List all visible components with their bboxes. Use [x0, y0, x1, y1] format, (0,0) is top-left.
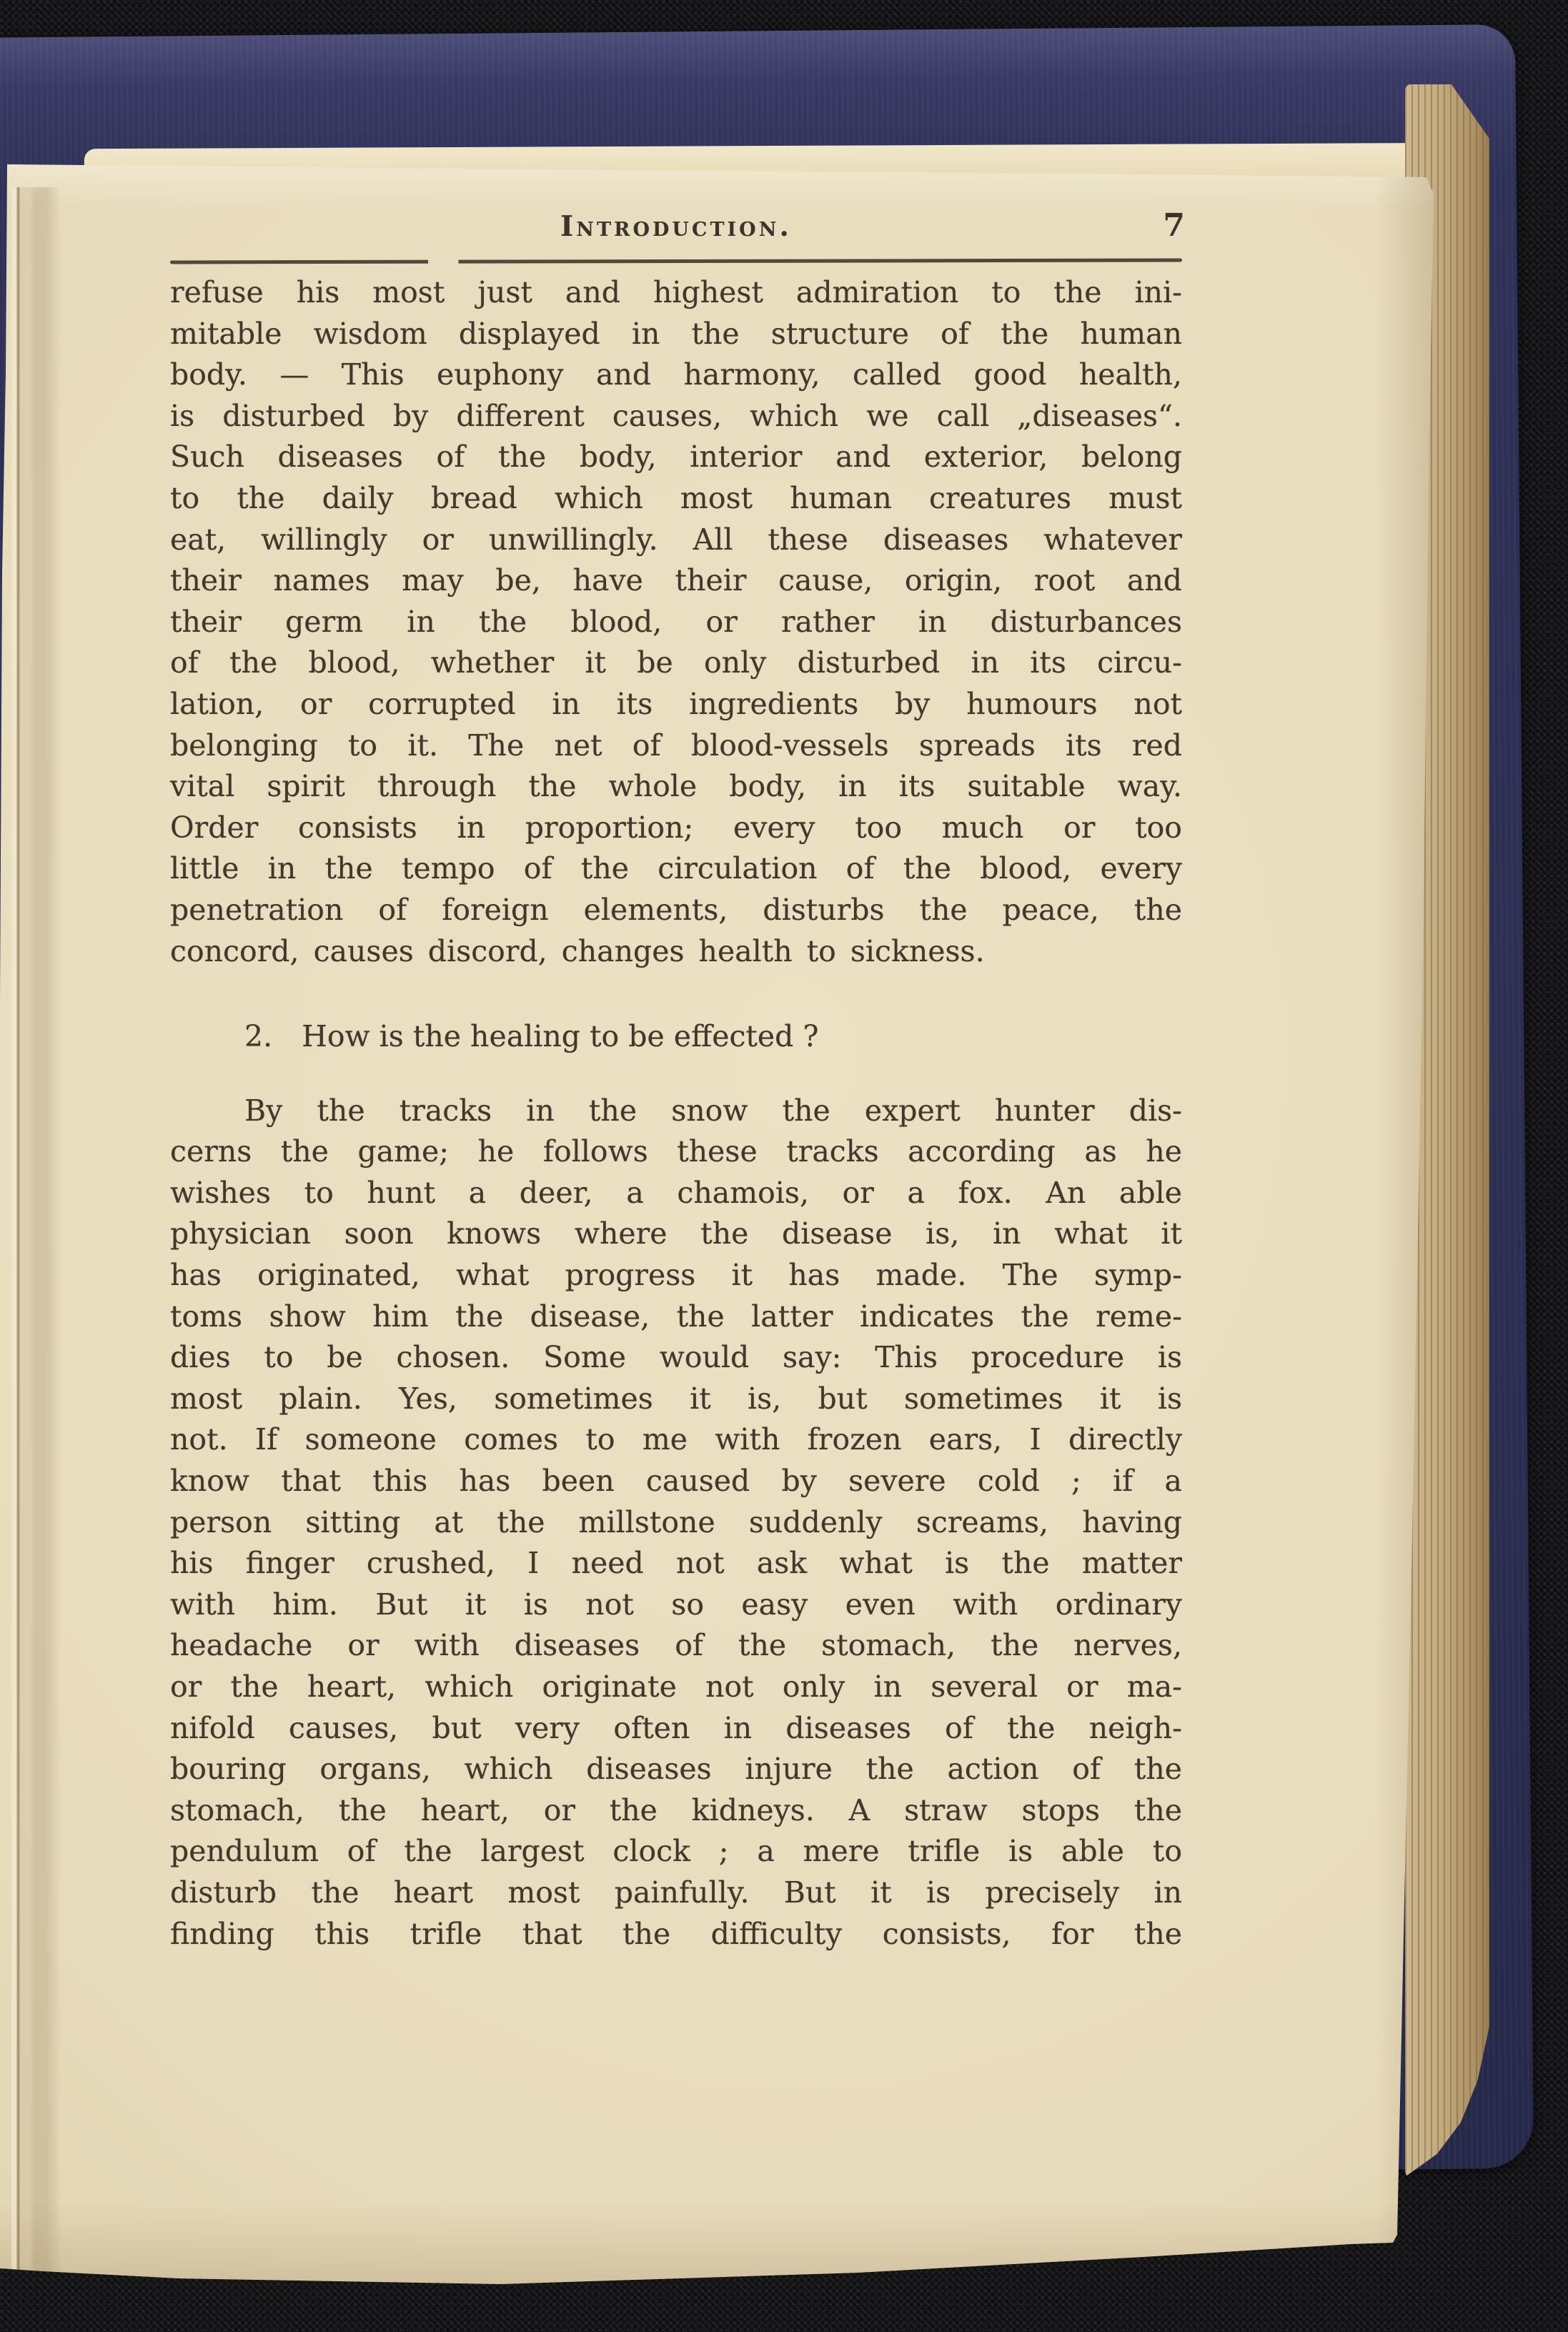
text-line: their names may be, have their cause, or…: [170, 560, 1182, 602]
paragraph-body: By the tracks in the snow the expert hun…: [170, 1091, 1182, 1955]
text-line: disturb the heart most painfully. But it…: [170, 1872, 1182, 1914]
text-line: Order consists in proportion; every too …: [170, 808, 1182, 849]
text-line: body. — This euphony and harmony, called…: [170, 354, 1182, 396]
text-line: bouring organs, which diseases injure th…: [170, 1749, 1182, 1790]
text-line: his finger crushed, I need not ask what …: [170, 1543, 1182, 1584]
text-line: By the tracks in the snow the expert hun…: [170, 1091, 1182, 1132]
text-line: stomach, the heart, or the kidneys. A st…: [170, 1790, 1182, 1832]
text-line: not. If someone comes to me with frozen …: [170, 1419, 1182, 1461]
page-header: Introduction. 7: [170, 210, 1182, 249]
text-line: their germ in the blood, or rather in di…: [170, 602, 1182, 643]
page-gutter-crease: [11, 187, 67, 2278]
text-line: refuse his most just and highest admirat…: [170, 272, 1182, 314]
text-line: dies to be chosen. Some would say: This …: [170, 1337, 1182, 1379]
text-line: physician soon knows where the disease i…: [170, 1214, 1182, 1255]
text-line: person sitting at the millstone suddenly…: [170, 1502, 1182, 1544]
text-line: with him. But it is not so easy even wit…: [170, 1584, 1182, 1626]
text-line: know that this has been caused by severe…: [170, 1461, 1182, 1502]
text-line: mitable wisdom displayed in the structur…: [170, 314, 1182, 355]
text-line: eat, willingly or unwillingly. All these…: [170, 520, 1182, 561]
text-line: Such diseases of the body, interior and …: [170, 437, 1182, 478]
text-line: lation, or corrupted in its ingredients …: [170, 684, 1182, 725]
text-line: headache or with diseases of the stomach…: [170, 1625, 1182, 1667]
text-line: cerns the game; he follows these tracks …: [170, 1131, 1182, 1173]
text-line: is disturbed by different causes, which …: [170, 396, 1182, 437]
text-line: toms show him the disease, the latter in…: [170, 1296, 1182, 1338]
page-number: 7: [1163, 207, 1185, 244]
text-line: little in the tempo of the circulation o…: [170, 848, 1182, 890]
header-rule: [170, 259, 1182, 264]
page-content: Introduction. 7 refuse his most just and…: [170, 210, 1182, 1955]
text-line: concord, causes discord, changes health …: [170, 931, 1182, 973]
text-line: or the heart, which originate not only i…: [170, 1667, 1182, 1708]
text-line: wishes to hunt a deer, a chamois, or a f…: [170, 1173, 1182, 1214]
text-line: penetration of foreign elements, disturb…: [170, 890, 1182, 931]
text-line: nifold causes, but very often in disease…: [170, 1708, 1182, 1750]
running-header: Introduction.: [170, 210, 1182, 243]
text-line: to the daily bread which most human crea…: [170, 478, 1182, 520]
text-line: belonging to it. The net of blood-vessel…: [170, 725, 1182, 767]
text-line: has originated, what progress it has mad…: [170, 1255, 1182, 1296]
book-photo: Introduction. 7 refuse his most just and…: [0, 0, 1568, 2332]
text-line: finding this trifle that the difficulty …: [170, 1914, 1182, 1955]
text-line: most plain. Yes, sometimes it is, but so…: [170, 1379, 1182, 1420]
text-line: vital spirit through the whole body, in …: [170, 766, 1182, 808]
paragraph-continuation: refuse his most just and highest admirat…: [170, 272, 1182, 972]
text-line: pendulum of the largest clock ; a mere t…: [170, 1831, 1182, 1872]
section-heading: 2. How is the healing to be effected ?: [170, 1016, 1182, 1058]
book-page: Introduction. 7 refuse his most just and…: [0, 159, 1444, 2292]
text-line: of the blood, whether it be only disturb…: [170, 642, 1182, 684]
